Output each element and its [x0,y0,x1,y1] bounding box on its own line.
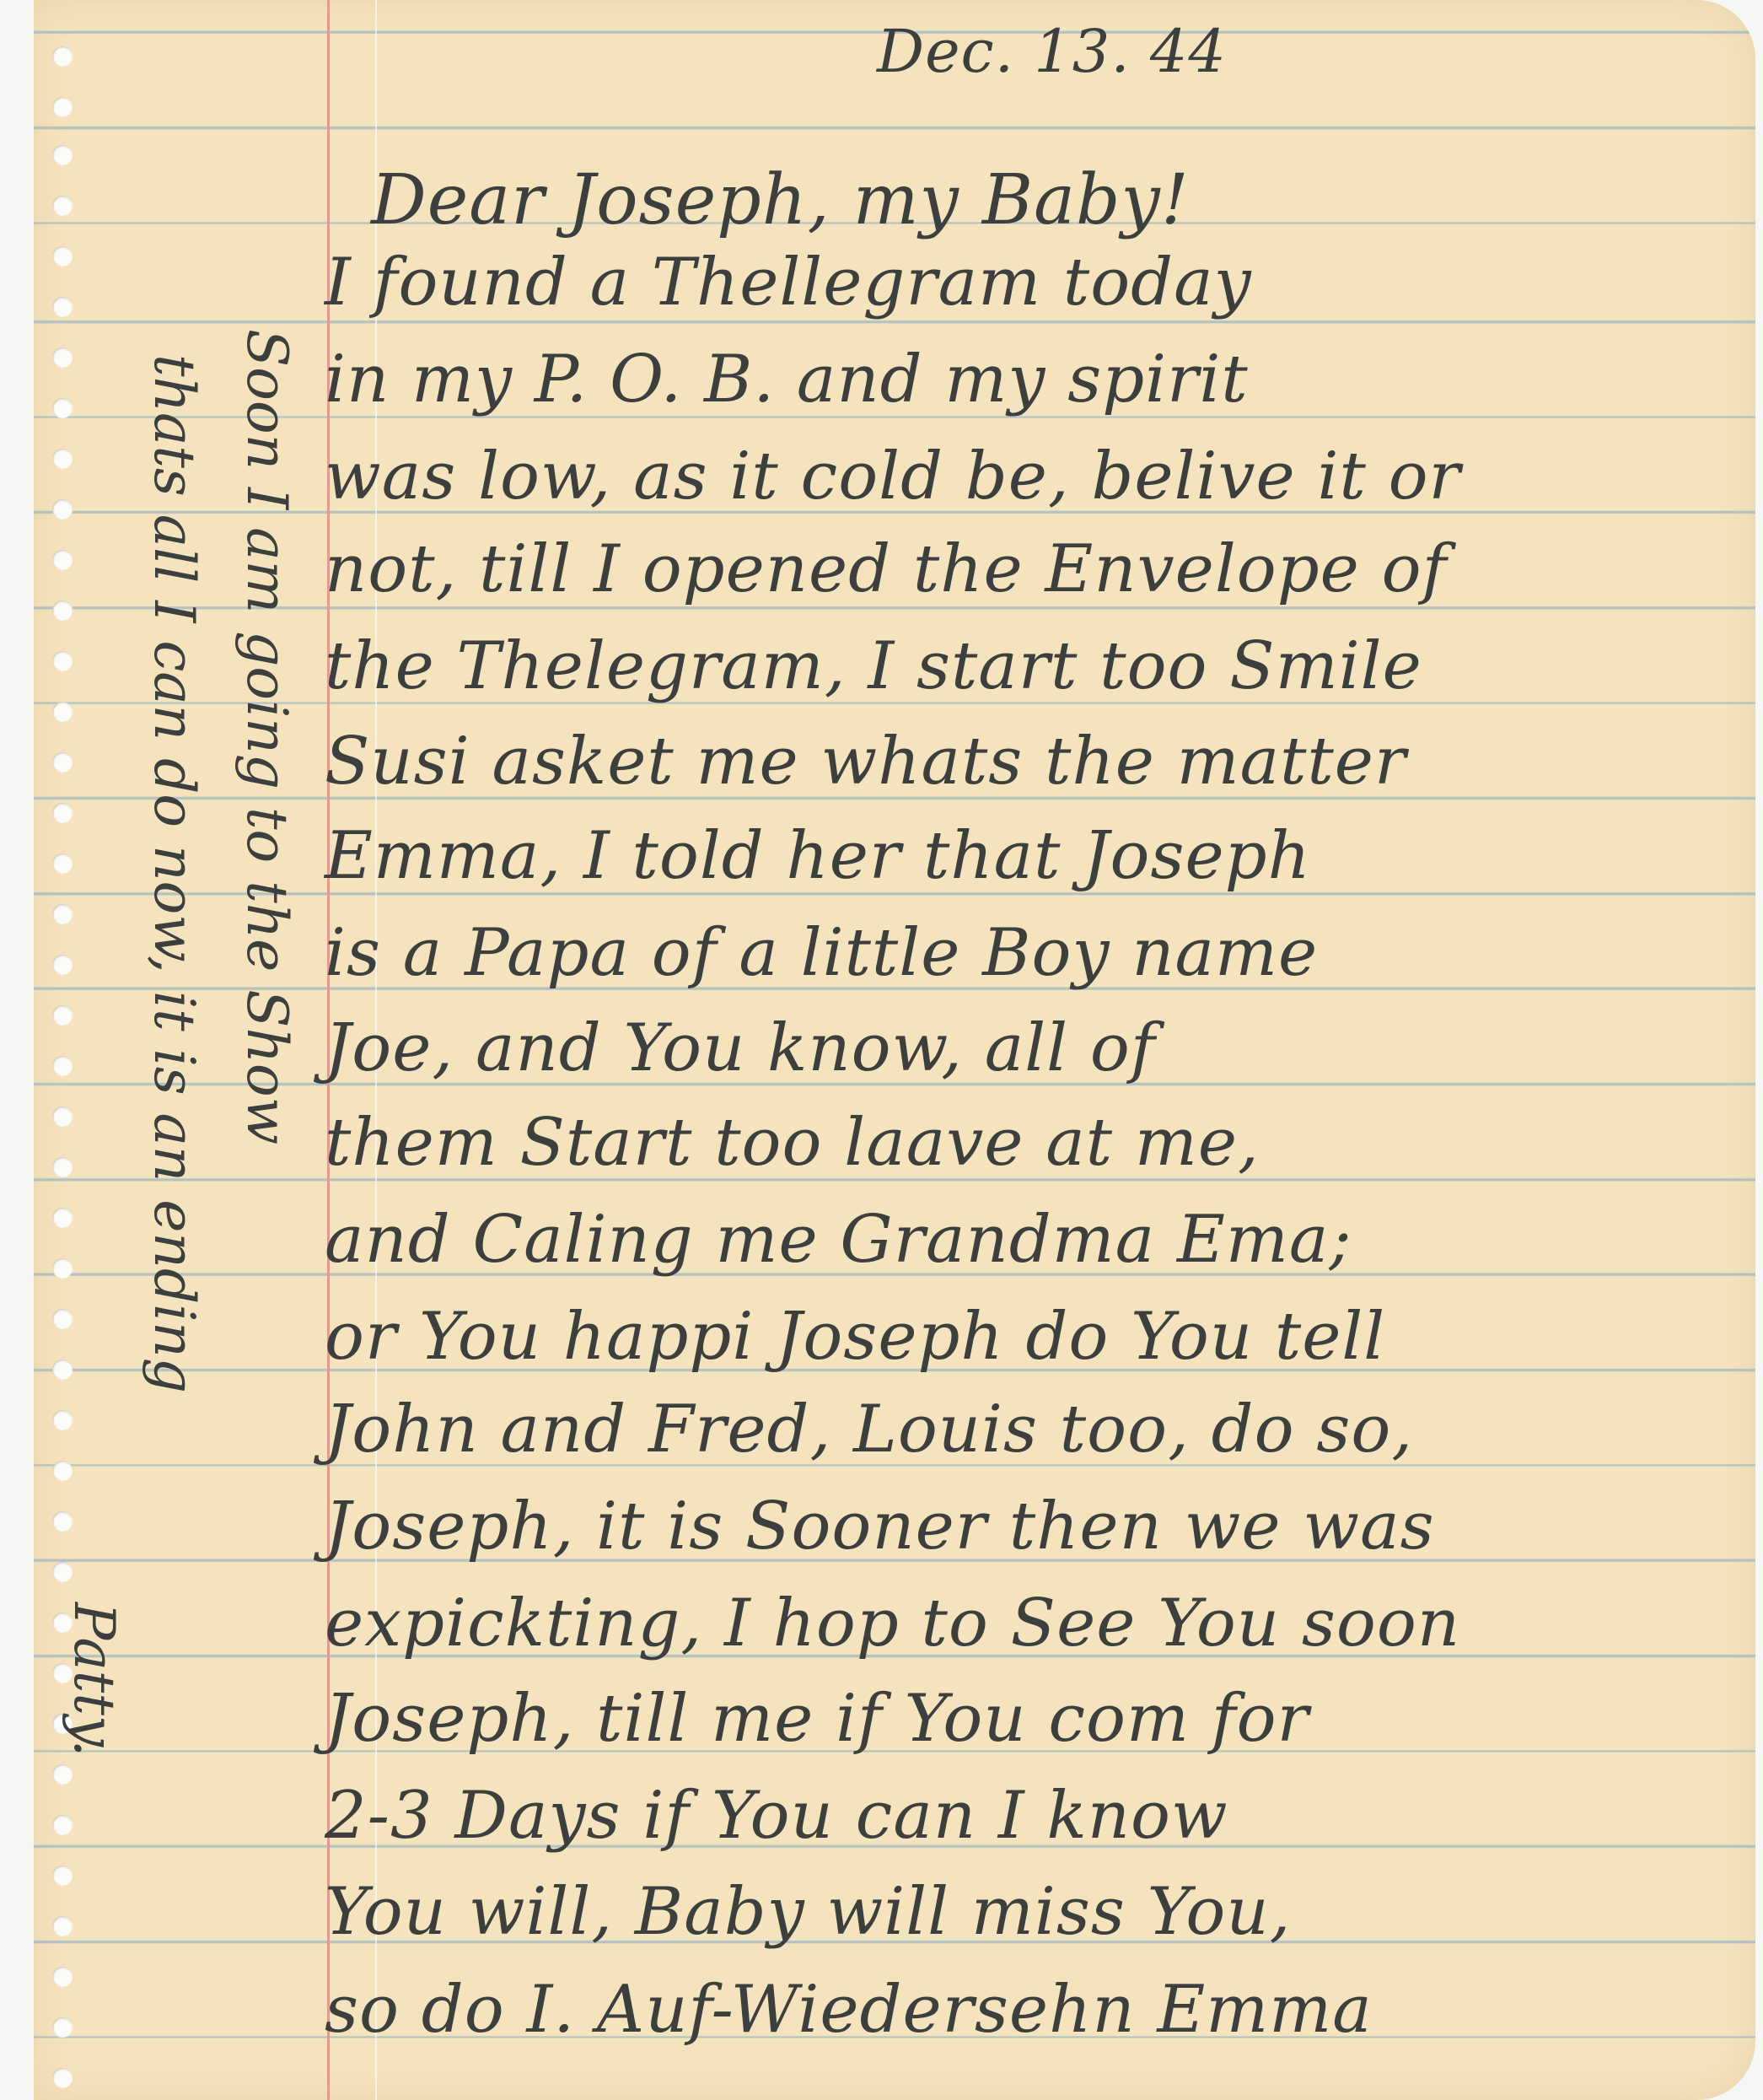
letter-salutation: Dear Joseph, my Baby! [371,160,1190,240]
margin-note-line: Patty. [62,1602,126,1757]
letter-line: Joseph, till me if You com for [325,1681,1309,1757]
binder-hole [52,1461,73,1481]
letter-line: the Thelegram, I start too Smile [325,628,1422,704]
binder-hole [52,1360,73,1380]
letter-line: You will, Baby will miss You, [325,1874,1291,1950]
binder-hole [52,550,73,570]
binder-hole [52,449,73,469]
binder-hole [52,702,73,722]
binder-hole [52,1866,73,1886]
binder-hole [52,2017,73,2038]
letter-date: Dec. 13. 44 [877,17,1227,86]
letter-line: is a Papa of a little Boy name [325,915,1318,991]
letter-line: not, till I opened the Envelope of [325,531,1447,607]
binder-hole [52,1815,73,1835]
binder-hole [52,246,73,267]
binder-holes [46,0,79,2100]
binder-hole [52,499,73,520]
binder-hole [52,46,73,67]
binder-hole [52,904,73,924]
binder-hole [52,196,73,216]
letter-line: I found a Thellegram today [325,245,1252,320]
binder-hole [52,297,73,317]
binder-hole [52,600,73,621]
binder-hole [52,1157,73,1177]
binder-hole [52,145,73,165]
letter-line: them Start too laave at me, [325,1105,1260,1181]
binder-hole [52,651,73,671]
binder-hole [52,1258,73,1279]
letter-line: or You happi Joseph do You tell [325,1299,1385,1375]
binder-hole [52,752,73,773]
margin-note-line: Soon I am going to the Show [234,329,299,1144]
letter-line: Susi asket me whats the matter [325,724,1406,800]
letter-line: expickting, I hop to See You soon [325,1586,1460,1661]
binder-hole [52,1208,73,1228]
binder-hole [52,347,73,368]
binder-hole [52,1967,73,1987]
binder-hole [52,1511,73,1532]
binder-hole [52,955,73,975]
binder-hole [52,1764,73,1785]
letter-line: was low, as it cold be, belive it or [325,439,1461,514]
margin-note-line: thats all I can do now, it is an ending [142,354,207,1393]
letter-line: Joseph, it is Sooner then we was [325,1489,1435,1564]
binder-hole [52,1107,73,1127]
letter-line: in my P. O. B. and my spirit [325,342,1249,417]
binder-hole [52,1309,73,1329]
letter-line: so do I. Auf-Wiedersehn Emma [325,1972,1373,2048]
binder-hole [52,2068,73,2088]
binder-hole [52,1916,73,1936]
binder-hole [52,853,73,874]
letter-line: Joe, and You know, all of [325,1010,1156,1086]
binder-hole [52,1005,73,1026]
letter-line: John and Fred, Louis too, do so, [325,1392,1413,1467]
binder-hole [52,1562,73,1582]
binder-hole [52,1410,73,1430]
binder-hole [52,803,73,823]
binder-hole [52,398,73,418]
letter-line: 2-3 Days if You can I know [325,1778,1228,1854]
letter-line: Emma, I told her that Joseph [325,818,1311,894]
letter-line: and Caling me Grandma Ema; [325,1202,1352,1278]
binder-hole [52,97,73,117]
binder-hole [52,1056,73,1076]
